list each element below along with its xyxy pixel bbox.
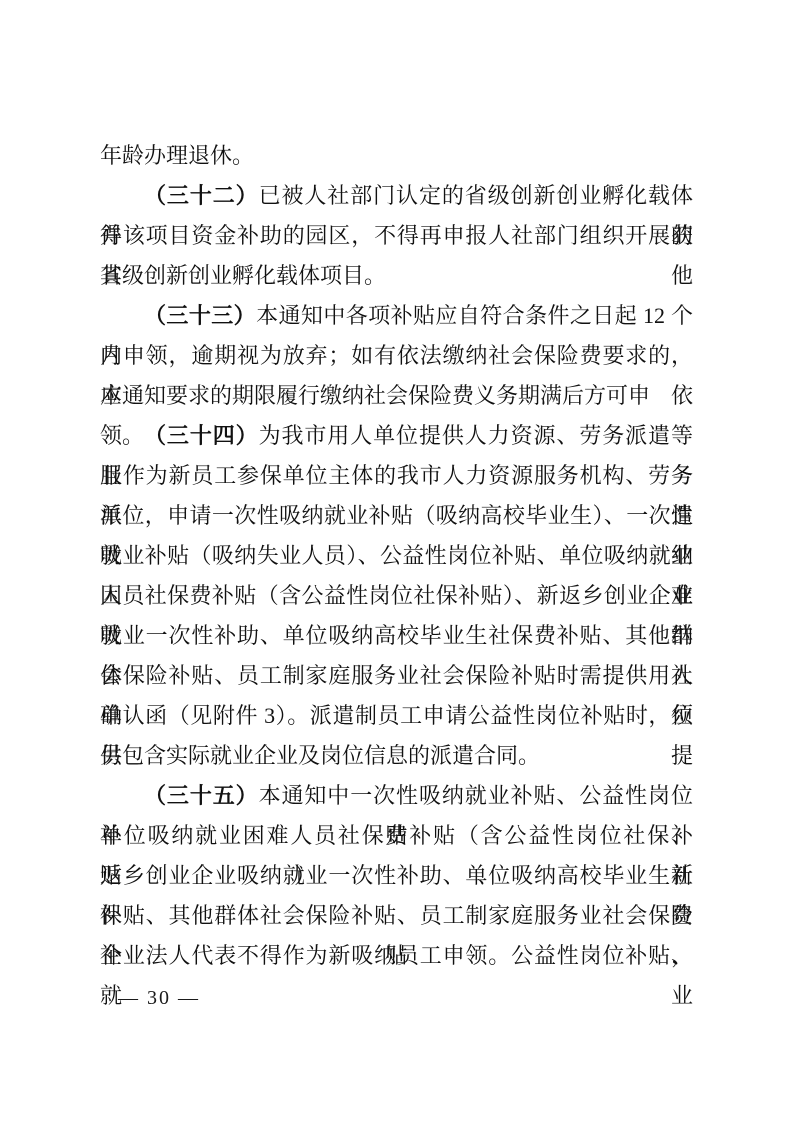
paragraph-number: （三十五） [144,783,259,808]
text-line: 年龄办理退休。 [100,136,693,176]
line-text: 供包含实际就业企业及岗位信息的派遣合同。 [100,743,540,768]
document-page: 年龄办理退休。 （三十二）已被人社部门认定的省级创新创业孵化载体并获 得该项目资… [0,0,793,1122]
line-text: 省级创新创业孵化载体项目。 [100,263,386,288]
paragraph-number: （三十二） [144,183,259,208]
text-line: 单位，申请一次性吸纳就业补贴（吸纳高校毕业生）、一次性吸纳 [100,496,693,536]
text-line: 就业一次性补助、单位吸纳高校毕业生社保费补贴、其他群体社 [100,616,693,656]
paragraph-number: （三十三） [144,303,256,328]
text-line: 内申领，逾期视为放弃；如有依法缴纳社会保险费要求的，应依 [100,336,693,376]
text-line: （三十二）已被人社部门认定的省级创新创业孵化载体并获 [100,176,693,216]
document-body: 年龄办理退休。 （三十二）已被人社部门认定的省级创新创业孵化载体并获 得该项目资… [100,136,693,976]
text-line: （三十三）本通知中各项补贴应自符合条件之日起 12 个月 [100,296,693,336]
text-line: 会保险补贴、员工制家庭服务业社会保险补贴时需提供用人单位 [100,656,693,696]
text-line: 返乡创业企业吸纳就业一次性补助、单位吸纳高校毕业生社保费 [100,856,693,896]
page-number: — 30 — [118,986,200,1010]
text-line: （三十四）为我市用人单位提供人力资源、劳务派遣等服务 [100,416,693,456]
line-text: 年龄办理退休。 [100,143,254,168]
text-line: 单位吸纳就业困难人员社保费补贴（含公益性岗位社保补贴）、新 [100,816,693,856]
text-line: （三十五）本通知中一次性吸纳就业补贴、公益性岗位补贴、 [100,776,693,816]
paragraph-number: （三十四） [144,423,259,448]
text-line: 企业法人代表不得作为新吸纳员工申领。公益性岗位补贴、就业 [100,936,693,976]
text-line: 补贴、其他群体社会保险补贴、员工制家庭服务业社会保险补贴， [100,896,693,936]
text-line: 且作为新员工参保单位主体的我市人力资源服务机构、劳务派遣 [100,456,693,496]
text-line: 人员社保费补贴（含公益性岗位社保补贴）、新返乡创业企业吸纳 [100,576,693,616]
text-line: 本通知要求的期限履行缴纳社会保险费义务期满后方可申领。 [100,376,693,416]
text-line: 确认函（见附件 3）。派遣制员工申请公益性岗位补贴时，须另提 [100,696,693,736]
text-line: 就业补贴（吸纳失业人员）、公益性岗位补贴、单位吸纳就业困难 [100,536,693,576]
text-line: 得该项目资金补助的园区，不得再申报人社部门组织开展的其他 [100,216,693,256]
